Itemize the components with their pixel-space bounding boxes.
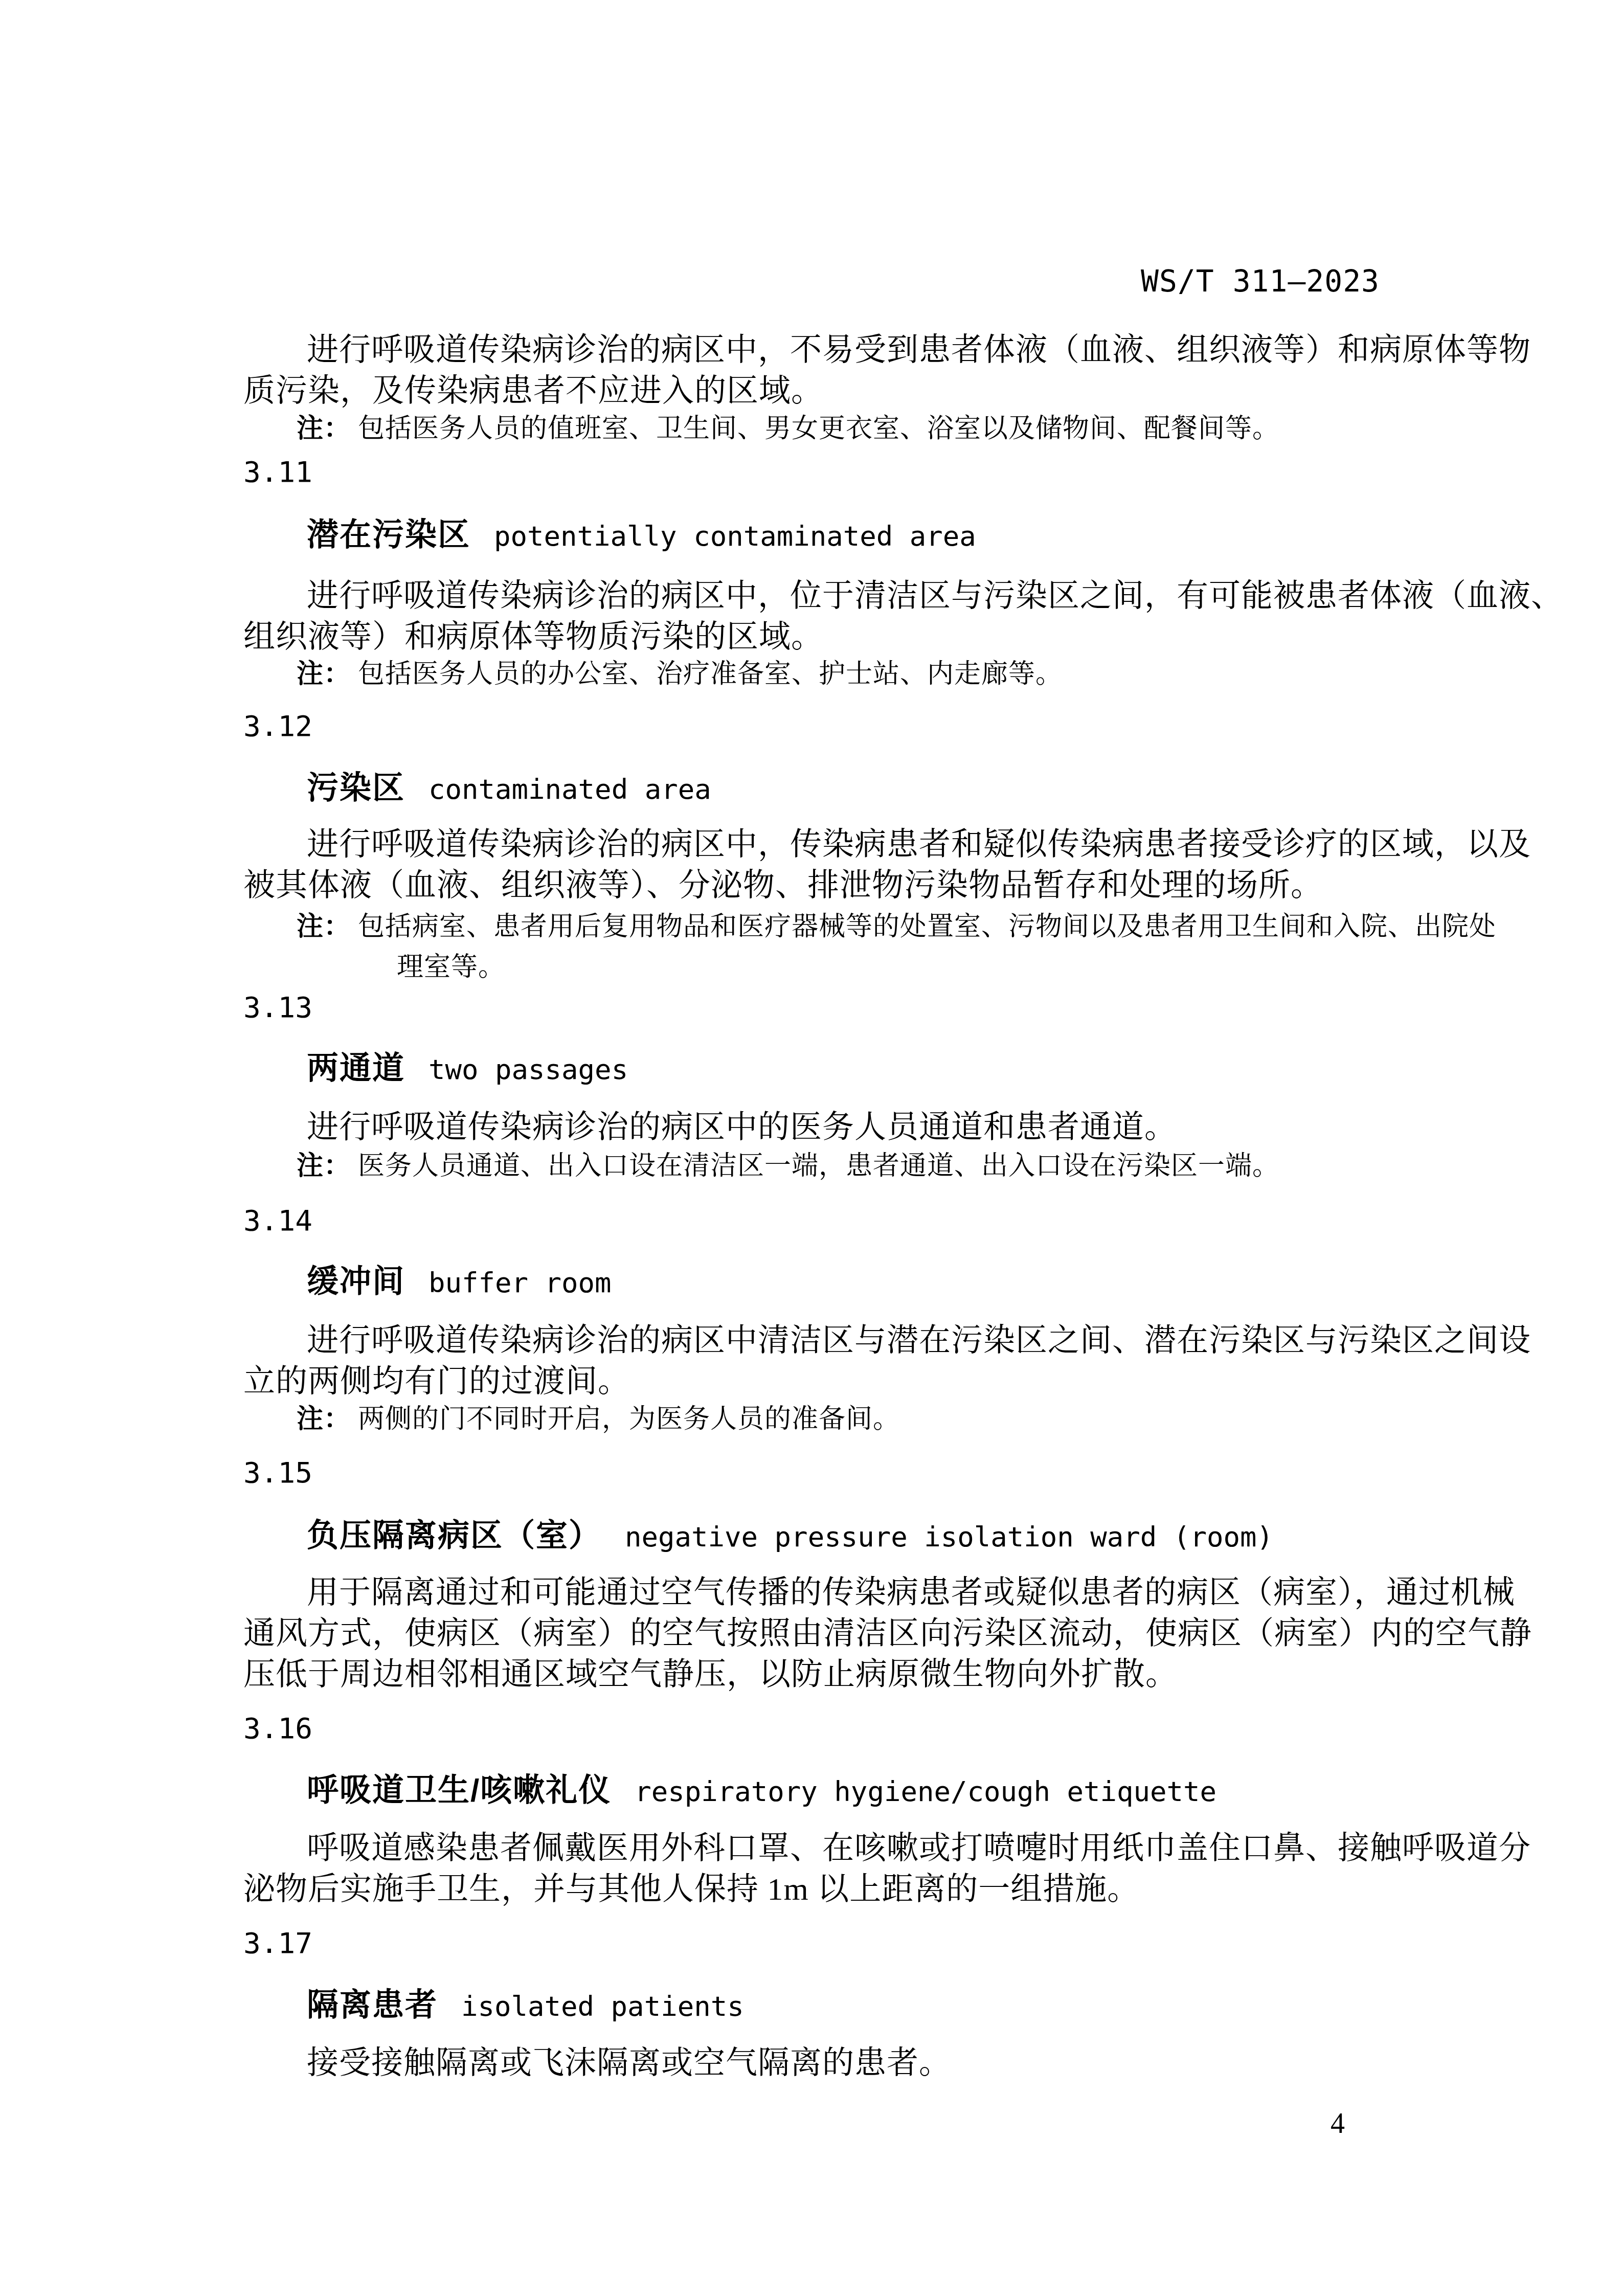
- note-text: 两侧的门不同时开启，为医务人员的准备间。: [358, 1405, 900, 1434]
- clause-paragraph: 接受接触隔离或飞沫隔离或空气隔离的患者。: [243, 2043, 1380, 2084]
- term-heading: 呼吸道卫生/咳嗽礼仪respiratory hygiene/cough etiq…: [243, 1768, 1443, 1822]
- paragraph-line: 进行呼吸道传染病诊治的病区中，传染病患者和疑似传染病患者接受诊疗的区域，以及: [243, 824, 1380, 865]
- paragraph-line: 压低于周边相邻相通区域空气静压，以防止病原微生物向外扩散。: [243, 1654, 1380, 1695]
- note-line: 注：包括病室、患者用后复用物品和医疗器械等的处置室、污物间以及患者用卫生间和入院…: [297, 906, 1433, 947]
- document-page: WS/T 311—2023 进行呼吸道传染病诊治的病区中，不易受到患者体液（血液…: [0, 0, 1623, 2296]
- note-text: 医务人员通道、出入口设在清洁区一端，患者通道、出入口设在污染区一端。: [358, 1152, 1279, 1181]
- clause-paragraph: 进行呼吸道传染病诊治的病区中清洁区与潜在污染区之间、潜在污染区与污染区之间设 立…: [243, 1320, 1380, 1402]
- term-heading: 两通道two passages: [243, 1046, 1443, 1100]
- clause-note: 注：包括病室、患者用后复用物品和医疗器械等的处置室、污物间以及患者用卫生间和入院…: [243, 906, 1433, 988]
- note-label: 注：: [297, 659, 351, 689]
- clause-paragraph: 用于隔离通过和可能通过空气传播的传染病患者或疑似患者的病区（病室），通过机械 通…: [243, 1572, 1380, 1695]
- note-line: 注：两侧的门不同时开启，为医务人员的准备间。: [297, 1399, 1433, 1439]
- clause-note: 注：医务人员通道、出入口设在清洁区一端，患者通道、出入口设在污染区一端。: [243, 1145, 1433, 1186]
- paragraph-line: 进行呼吸道传染病诊治的病区中清洁区与潜在污染区之间、潜在污染区与污染区之间设: [243, 1320, 1380, 1361]
- paragraph-line: 进行呼吸道传染病诊治的病区中，位于清洁区与污染区之间，有可能被患者体液（血液、: [243, 576, 1380, 617]
- clause-paragraph: 进行呼吸道传染病诊治的病区中，位于清洁区与污染区之间，有可能被患者体液（血液、 …: [243, 576, 1380, 658]
- term-zh: 隔离患者: [307, 1988, 438, 2023]
- note-line: 注：包括医务人员的办公室、治疗准备室、护士站、内走廊等。: [297, 654, 1433, 694]
- term-zh: 污染区: [307, 771, 405, 806]
- clause-number: 3.14: [243, 1201, 1380, 1241]
- paragraph-line: 被其体液（血液、组织液等）、分泌物、排泄物污染物品暂存和处理的场所。: [243, 865, 1380, 906]
- note-line: 注：医务人员通道、出入口设在清洁区一端，患者通道、出入口设在污染区一端。: [297, 1145, 1433, 1186]
- note-label: 注：: [297, 414, 351, 443]
- term-heading: 缓冲间buffer room: [243, 1259, 1443, 1313]
- note-label: 注：: [297, 1151, 351, 1181]
- clause-note: 注：包括医务人员的办公室、治疗准备室、护士站、内走廊等。: [243, 654, 1433, 694]
- note-text: 包括医务人员的值班室、卫生间、男女更衣室、浴室以及储物间、配餐间等。: [358, 414, 1279, 443]
- clause-note: 注：两侧的门不同时开启，为医务人员的准备间。: [243, 1399, 1433, 1439]
- clause-number: 3.12: [243, 707, 1380, 747]
- clause-paragraph: 进行呼吸道传染病诊治的病区中，传染病患者和疑似传染病患者接受诊疗的区域，以及 被…: [243, 824, 1380, 906]
- term-zh: 呼吸道卫生/咳嗽礼仪: [307, 1773, 611, 1808]
- intro-note: 注：包括医务人员的值班室、卫生间、男女更衣室、浴室以及储物间、配餐间等。: [243, 408, 1433, 449]
- term-heading: 潜在污染区potentially contaminated area: [243, 512, 1443, 567]
- paragraph-line: 用于隔离通过和可能通过空气传播的传染病患者或疑似患者的病区（病室），通过机械: [243, 1572, 1380, 1613]
- paragraph-line: 质污染，及传染病患者不应进入的区域。: [243, 371, 1380, 412]
- term-en: two passages: [429, 1053, 628, 1086]
- term-en: buffer room: [429, 1267, 612, 1299]
- paragraph-line: 接受接触隔离或飞沫隔离或空气隔离的患者。: [243, 2043, 1380, 2084]
- note-label: 注：: [297, 1404, 351, 1434]
- clause-number: 3.11: [243, 453, 1380, 492]
- paragraph-line: 泌物后实施手卫生，并与其他人保持 1m 以上距离的一组措施。: [243, 1869, 1380, 1910]
- clause-number: 3.16: [243, 1709, 1380, 1749]
- note-text: 包括病室、患者用后复用物品和医疗器械等的处置室、污物间以及患者用卫生间和入院、出…: [358, 912, 1496, 941]
- clause-paragraph: 呼吸道感染患者佩戴医用外科口罩、在咳嗽或打喷嚏时用纸巾盖住口鼻、接触呼吸道分 泌…: [243, 1828, 1380, 1910]
- clause-number: 3.15: [243, 1453, 1380, 1493]
- paragraph-line: 进行呼吸道传染病诊治的病区中，不易受到患者体液（血液、组织液等）和病原体等物: [243, 330, 1380, 371]
- term-heading: 污染区contaminated area: [243, 766, 1443, 820]
- term-zh: 潜在污染区: [307, 517, 470, 553]
- paragraph-line: 通风方式，使病区（病室）的空气按照由清洁区向污染区流动，使病区（病室）内的空气静: [243, 1613, 1380, 1654]
- term-en: negative pressure isolation ward (room): [625, 1521, 1273, 1553]
- term-zh: 缓冲间: [307, 1264, 405, 1299]
- term-heading: 负压隔离病区（室）negative pressure isolation war…: [243, 1513, 1443, 1567]
- term-en: potentially contaminated area: [494, 520, 976, 552]
- paragraph-line: 呼吸道感染患者佩戴医用外科口罩、在咳嗽或打喷嚏时用纸巾盖住口鼻、接触呼吸道分: [243, 1828, 1380, 1869]
- standard-code-header: WS/T 311—2023: [1141, 263, 1380, 299]
- term-heading: 隔离患者isolated patients: [243, 1983, 1443, 2037]
- note-line: 注：包括医务人员的值班室、卫生间、男女更衣室、浴室以及储物间、配餐间等。: [297, 408, 1433, 449]
- clause-number: 3.13: [243, 988, 1380, 1028]
- clause-paragraph: 进行呼吸道传染病诊治的病区中的医务人员通道和患者通道。: [243, 1107, 1380, 1148]
- term-zh: 两通道: [307, 1051, 405, 1086]
- note-label: 注：: [297, 912, 351, 941]
- paragraph-line: 组织液等）和病原体等物质污染的区域。: [243, 617, 1380, 658]
- paragraph-line: 进行呼吸道传染病诊治的病区中的医务人员通道和患者通道。: [243, 1107, 1380, 1148]
- paragraph-line: 立的两侧均有门的过渡间。: [243, 1361, 1380, 1402]
- intro-paragraph: 进行呼吸道传染病诊治的病区中，不易受到患者体液（血液、组织液等）和病原体等物 质…: [243, 330, 1380, 412]
- clause-number: 3.17: [243, 1924, 1380, 1964]
- note-text: 包括医务人员的办公室、治疗准备室、护士站、内走廊等。: [358, 660, 1063, 689]
- term-en: respiratory hygiene/cough etiquette: [635, 1775, 1216, 1808]
- note-line: 理室等。: [297, 947, 1433, 988]
- term-en: contaminated area: [429, 773, 711, 805]
- term-zh: 负压隔离病区（室）: [307, 1518, 601, 1554]
- page-number: 4: [1331, 2106, 1345, 2142]
- term-en: isolated patients: [461, 1990, 744, 2022]
